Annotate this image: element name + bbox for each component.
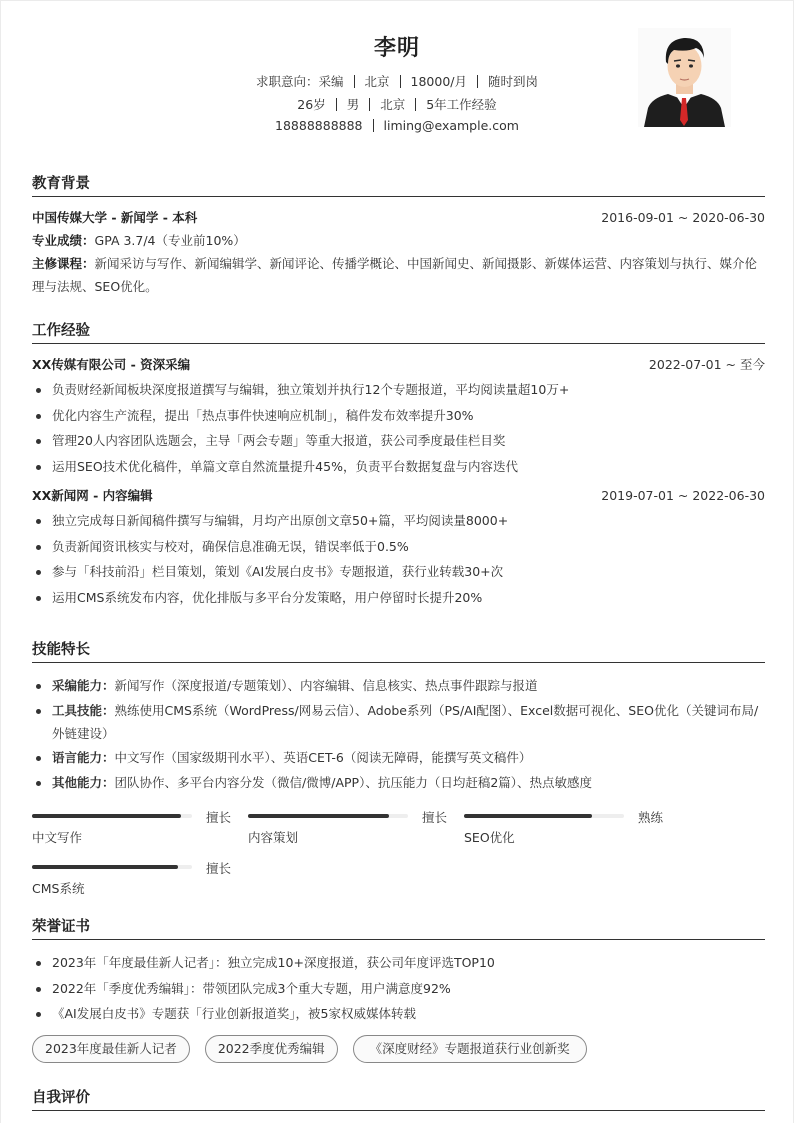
gpa-value: GPA 3.7/4（专业前10%） (95, 233, 246, 248)
skill-bar-track (464, 814, 624, 818)
honor-tag: 2022季度优秀编辑 (205, 1035, 338, 1063)
job-dates: 2019-07-01 ~ 2022-06-30 (601, 485, 765, 507)
gender: 男 (347, 97, 360, 112)
job-bullets: 独立完成每日新闻稿件撰写与编辑，月均产出原创文章50+篇，平均阅读量8000+ … (32, 508, 765, 610)
work-section: 工作经验 XX传媒有限公司 - 资深采编 2022-07-01 ~ 至今 负责财… (32, 320, 765, 610)
divider (477, 75, 478, 88)
skill-text: 熟练使用CMS系统（WordPress/网易云信）、Adobe系列（PS/AI配… (52, 703, 758, 741)
skill-text: 新闻写作（深度报道/专题策划）、内容编辑、信息核实、热点事件跟踪与报道 (115, 678, 538, 693)
skill-label: 其他能力： (52, 775, 115, 790)
resume-page: 李明 求职意向：采编北京18000/月随时到岗 26岁男北京5年工作经验 188… (1, 1, 793, 1123)
list-item: 运用SEO技术优化稿件，单篇文章自然流量提升45%，负责平台数据复盘与内容迭代 (32, 454, 765, 480)
skill-level: 擅长 (206, 808, 231, 826)
intention-city: 北京 (365, 74, 390, 89)
avatar-portrait-icon (638, 28, 731, 127)
skill-text: 团队协作、多平台内容分发（微信/微博/APP）、抗压能力（日均赶稿2篇）、热点敏… (115, 775, 593, 790)
skill-bar-item: 熟练 SEO优化 (464, 808, 664, 848)
skill-bar-fill (464, 814, 592, 818)
courses-line: 主修课程：新闻采访与写作、新闻编辑学、新闻评论、传播学概论、中国新闻史、新闻摄影… (32, 252, 765, 298)
divider (415, 98, 416, 111)
list-item: 工具技能：熟练使用CMS系统（WordPress/网易云信）、Adobe系列（P… (32, 699, 765, 745)
skill-bar-item: 擅长 CMS系统 (32, 859, 232, 899)
skill-bar-track (32, 814, 192, 818)
skill-bar-fill (32, 865, 178, 869)
list-item: 《AI发展白皮书》专题获「行业创新报道奖」，被5家权威媒体转载 (32, 1001, 765, 1027)
skills-list: 采编能力：新闻写作（深度报道/专题策划）、内容编辑、信息核实、热点事件跟踪与报道… (32, 673, 765, 796)
education-entry-header: 中国传媒大学 - 新闻学 - 本科 2016-09-01 ~ 2020-06-3… (32, 207, 765, 229)
honor-tag: 《深度财经》专题报道获行业创新奖 (353, 1035, 587, 1063)
self-evaluation-section: 自我评价 (32, 1087, 765, 1111)
intention-salary: 18000/月 (411, 74, 467, 89)
gpa-label: 专业成绩： (32, 233, 95, 248)
list-item: 采编能力：新闻写作（深度报道/专题策划）、内容编辑、信息核实、热点事件跟踪与报道 (32, 673, 765, 699)
skill-bar-fill (32, 814, 181, 818)
list-item: 负责新闻资讯核实与校对，确保信息准确无误，错误率低于0.5% (32, 534, 765, 560)
skill-label: 采编能力： (52, 678, 115, 693)
list-item: 语言能力：中文写作（国家级期刊水平）、英语CET-6（阅读无障碍，能撰写英文稿件… (32, 745, 765, 771)
divider (369, 98, 370, 111)
job-dates: 2022-07-01 ~ 至今 (649, 354, 765, 376)
intention-role: 求职意向：采编 (256, 74, 344, 89)
courses-value: 新闻采访与写作、新闻编辑学、新闻评论、传播学概论、中国新闻史、新闻摄影、新媒体运… (32, 256, 757, 294)
section-title-skills: 技能特长 (32, 639, 765, 663)
divider (336, 98, 337, 111)
skill-bar-track (248, 814, 408, 818)
phone: 18888888888 (275, 118, 362, 133)
section-title-self-evaluation: 自我评价 (32, 1087, 765, 1111)
education-section: 教育背景 中国传媒大学 - 新闻学 - 本科 2016-09-01 ~ 2020… (32, 173, 765, 298)
section-title-education: 教育背景 (32, 173, 765, 197)
skills-section: 技能特长 采编能力：新闻写作（深度报道/专题策划）、内容编辑、信息核实、热点事件… (32, 639, 765, 796)
intention-availability: 随时到岗 (488, 74, 538, 89)
section-title-work: 工作经验 (32, 320, 765, 344)
skill-bar-item: 擅长 中文写作 (32, 808, 232, 848)
skill-text: 中文写作（国家级期刊水平）、英语CET-6（阅读无障碍，能撰写英文稿件） (115, 750, 532, 765)
skill-level: 熟练 (638, 808, 663, 826)
skill-label: 工具技能： (52, 703, 115, 718)
avatar (638, 28, 731, 127)
skill-label: 语言能力： (52, 750, 115, 765)
location: 北京 (380, 97, 405, 112)
honors-section: 荣誉证书 2023年「年度最佳新人记者」：独立完成10+深度报道，获公司年度评选… (32, 916, 765, 1027)
skill-name: SEO优化 (464, 828, 515, 846)
list-item: 负责财经新闻板块深度报道撰写与编辑，独立策划并执行12个专题报道，平均阅读量超1… (32, 377, 765, 403)
skill-name: 中文写作 (32, 828, 82, 846)
skill-name: 内容策划 (248, 828, 298, 846)
job-title: XX传媒有限公司 - 资深采编 (32, 354, 190, 376)
skill-name: CMS系统 (32, 879, 84, 897)
divider (400, 75, 401, 88)
courses-label: 主修课程： (32, 256, 95, 271)
list-item: 独立完成每日新闻稿件撰写与编辑，月均产出原创文章50+篇，平均阅读量8000+ (32, 508, 765, 534)
job-bullets: 负责财经新闻板块深度报道撰写与编辑，独立策划并执行12个专题报道，平均阅读量超1… (32, 377, 765, 479)
education-dates: 2016-09-01 ~ 2020-06-30 (601, 207, 765, 229)
skill-level: 擅长 (206, 859, 231, 877)
honors-list: 2023年「年度最佳新人记者」：独立完成10+深度报道，获公司年度评选TOP10… (32, 950, 765, 1027)
job-header: XX传媒有限公司 - 资深采编 2022-07-01 ~ 至今 (32, 354, 765, 376)
experience-years: 5年工作经验 (426, 97, 496, 112)
skill-bar-fill (248, 814, 389, 818)
resume-header: 李明 求职意向：采编北京18000/月随时到岗 26岁男北京5年工作经验 188… (1, 1, 793, 161)
email: liming@example.com (384, 118, 519, 133)
list-item: 2022年「季度优秀编辑」：带领团队完成3个重大专题，用户满意度92% (32, 976, 765, 1002)
list-item: 其他能力：团队协作、多平台内容分发（微信/微博/APP）、抗压能力（日均赶稿2篇… (32, 770, 765, 796)
honor-tags: 2023年度最佳新人记者 2022季度优秀编辑 《深度财经》专题报道获行业创新奖 (32, 1035, 587, 1063)
list-item: 运用CMS系统发布内容，优化排版与多平台分发策略，用户停留时长提升20% (32, 585, 765, 611)
honor-tag: 2023年度最佳新人记者 (32, 1035, 190, 1063)
job-title: XX新闻网 - 内容编辑 (32, 485, 153, 507)
divider (354, 75, 355, 88)
school-degree: 中国传媒大学 - 新闻学 - 本科 (32, 207, 197, 229)
skill-level: 擅长 (422, 808, 447, 826)
list-item: 优化内容生产流程，提出「热点事件快速响应机制」，稿件发布效率提升30% (32, 403, 765, 429)
list-item: 2023年「年度最佳新人记者」：独立完成10+深度报道，获公司年度评选TOP10 (32, 950, 765, 976)
age: 26岁 (297, 97, 325, 112)
job-header: XX新闻网 - 内容编辑 2019-07-01 ~ 2022-06-30 (32, 485, 765, 507)
section-title-honors: 荣誉证书 (32, 916, 765, 940)
list-item: 管理20人内容团队选题会，主导「两会专题」等重大报道，获公司季度最佳栏目奖 (32, 428, 765, 454)
divider (373, 119, 374, 132)
gpa-line: 专业成绩：GPA 3.7/4（专业前10%） (32, 229, 765, 252)
skill-bar-item: 擅长 内容策划 (248, 808, 448, 848)
list-item: 参与「科技前沿」栏目策划，策划《AI发展白皮书》专题报道，获行业转载30+次 (32, 559, 765, 585)
skill-bar-track (32, 865, 192, 869)
